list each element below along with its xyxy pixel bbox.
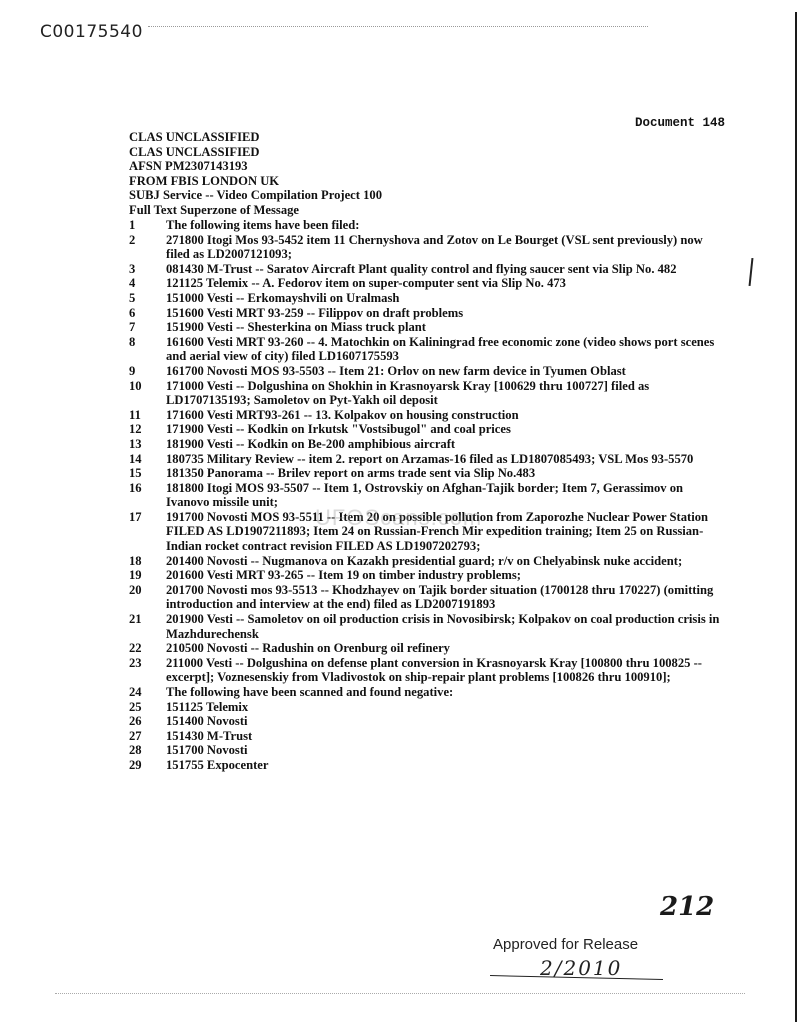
header-full-text: Full Text Superzone of Message: [129, 203, 382, 218]
list-item: 7151900 Vesti -- Shesterkina on Miass tr…: [129, 320, 729, 335]
item-text: 171000 Vesti -- Dolgushina on Shokhin in…: [166, 379, 729, 408]
item-text: 151900 Vesti -- Shesterkina on Miass tru…: [166, 320, 729, 335]
list-item: 9161700 Novosti MOS 93-5503 -- Item 21: …: [129, 364, 729, 379]
item-text: 161700 Novosti MOS 93-5503 -- Item 21: O…: [166, 364, 729, 379]
list-item: 18201400 Novosti -- Nugmanova on Kazakh …: [129, 554, 729, 569]
header-classification-2: CLAS UNCLASSIFIED: [129, 145, 382, 160]
page-right-edge: [795, 12, 797, 1022]
list-item: 14180735 Military Review -- item 2. repo…: [129, 452, 729, 467]
item-number: 9: [129, 364, 166, 379]
item-text: 201600 Vesti MRT 93-265 -- Item 19 on ti…: [166, 568, 729, 583]
item-text: 151125 Telemix: [166, 700, 729, 715]
header-from: FROM FBIS LONDON UK: [129, 174, 382, 189]
list-item: 25151125 Telemix: [129, 700, 729, 715]
item-number: 20: [129, 583, 166, 612]
document-number: Document 148: [635, 116, 725, 130]
item-number: 16: [129, 481, 166, 510]
list-item: 21201900 Vesti -- Samoletov on oil produ…: [129, 612, 729, 641]
item-number: 11: [129, 408, 166, 423]
list-item: 29151755 Expocenter: [129, 758, 729, 773]
item-number: 25: [129, 700, 166, 715]
item-text: 121125 Telemix -- A. Fedorov item on sup…: [166, 276, 729, 291]
list-item: 10171000 Vesti -- Dolgushina on Shokhin …: [129, 379, 729, 408]
list-item: 23211000 Vesti -- Dolgushina on defense …: [129, 656, 729, 685]
item-text: 151755 Expocenter: [166, 758, 729, 773]
item-number: 6: [129, 306, 166, 321]
list-item: 20201700 Novosti mos 93-5513 -- Khodzhay…: [129, 583, 729, 612]
item-number: 3: [129, 262, 166, 277]
list-item: 6151600 Vesti MRT 93-259 -- Filippov on …: [129, 306, 729, 321]
item-number: 22: [129, 641, 166, 656]
header-classification-1: CLAS UNCLASSIFIED: [129, 130, 382, 145]
list-item: 15181350 Panorama -- Brilev report on ar…: [129, 466, 729, 481]
list-item: 28151700 Novosti: [129, 743, 729, 758]
item-number: 14: [129, 452, 166, 467]
list-item: 5151000 Vesti -- Erkomayshvili on Uralma…: [129, 291, 729, 306]
list-item: 13181900 Vesti -- Kodkin on Be-200 amphi…: [129, 437, 729, 452]
item-text: 151000 Vesti -- Erkomayshvili on Uralmas…: [166, 291, 729, 306]
list-item: 2271800 Itogi Mos 93-5452 item 11 Cherny…: [129, 233, 729, 262]
item-number: 26: [129, 714, 166, 729]
list-item: 26151400 Novosti: [129, 714, 729, 729]
item-text: 180735 Military Review -- item 2. report…: [166, 452, 729, 467]
item-text: 151430 M-Trust: [166, 729, 729, 744]
message-header: CLAS UNCLASSIFIED CLAS UNCLASSIFIED AFSN…: [129, 130, 382, 218]
list-item: 3081430 M-Trust -- Saratov Aircraft Plan…: [129, 262, 729, 277]
release-stamp-label: Approved for Release: [493, 936, 638, 953]
item-number: 12: [129, 422, 166, 437]
page-top-edge: [148, 26, 648, 27]
list-item: 19201600 Vesti MRT 93-265 -- Item 19 on …: [129, 568, 729, 583]
document-id-stamp: C00175540: [40, 22, 143, 42]
list-item: 1The following items have been filed:: [129, 218, 729, 233]
item-number: 2: [129, 233, 166, 262]
list-item: 11171600 Vesti MRT93-261 -- 13. Kolpakov…: [129, 408, 729, 423]
item-text: The following have been scanned and foun…: [166, 685, 729, 700]
item-number: 4: [129, 276, 166, 291]
item-number: 23: [129, 656, 166, 685]
item-text: 171600 Vesti MRT93-261 -- 13. Kolpakov o…: [166, 408, 729, 423]
item-number: 24: [129, 685, 166, 700]
header-subject: SUBJ Service -- Video Compilation Projec…: [129, 188, 382, 203]
item-text: 161600 Vesti MRT 93-260 -- 4. Matochkin …: [166, 335, 729, 364]
item-number: 28: [129, 743, 166, 758]
item-number: 27: [129, 729, 166, 744]
item-number: 8: [129, 335, 166, 364]
list-item: 27151430 M-Trust: [129, 729, 729, 744]
item-number: 17: [129, 510, 166, 554]
item-text: 181350 Panorama -- Brilev report on arms…: [166, 466, 729, 481]
item-text: 171900 Vesti -- Kodkin on Irkutsk "Vosts…: [166, 422, 729, 437]
list-item: 4121125 Telemix -- A. Fedorov item on su…: [129, 276, 729, 291]
list-item: 22210500 Novosti -- Radushin on Orenburg…: [129, 641, 729, 656]
item-number: 29: [129, 758, 166, 773]
list-item: 8161600 Vesti MRT 93-260 -- 4. Matochkin…: [129, 335, 729, 364]
item-number: 5: [129, 291, 166, 306]
list-item: 12171900 Vesti -- Kodkin on Irkutsk "Vos…: [129, 422, 729, 437]
item-text: 181900 Vesti -- Kodkin on Be-200 amphibi…: [166, 437, 729, 452]
item-number: 7: [129, 320, 166, 335]
scan-artifact-line: [55, 993, 745, 994]
item-text: 271800 Itogi Mos 93-5452 item 11 Chernys…: [166, 233, 729, 262]
header-afsn: AFSN PM2307143193: [129, 159, 382, 174]
handwritten-page-number: 212: [660, 892, 714, 922]
item-text: 201400 Novosti -- Nugmanova on Kazakh pr…: [166, 554, 729, 569]
item-number: 13: [129, 437, 166, 452]
list-item: 24The following have been scanned and fo…: [129, 685, 729, 700]
item-number: 18: [129, 554, 166, 569]
item-text: 151700 Novosti: [166, 743, 729, 758]
item-number: 21: [129, 612, 166, 641]
item-number: 1: [129, 218, 166, 233]
item-text: 081430 M-Trust -- Saratov Aircraft Plant…: [166, 262, 729, 277]
watermark: UFOScans.com: [315, 505, 482, 531]
item-number: 10: [129, 379, 166, 408]
handwritten-margin-mark: [749, 258, 754, 286]
item-number: 19: [129, 568, 166, 583]
item-text: 201700 Novosti mos 93-5513 -- Khodzhayev…: [166, 583, 729, 612]
item-text: 211000 Vesti -- Dolgushina on defense pl…: [166, 656, 729, 685]
item-text: 151400 Novosti: [166, 714, 729, 729]
item-text: The following items have been filed:: [166, 218, 729, 233]
item-text: 151600 Vesti MRT 93-259 -- Filippov on d…: [166, 306, 729, 321]
item-list: 1The following items have been filed: 22…: [129, 218, 729, 773]
item-number: 15: [129, 466, 166, 481]
item-text: 210500 Novosti -- Radushin on Orenburg o…: [166, 641, 729, 656]
item-text: 201900 Vesti -- Samoletov on oil product…: [166, 612, 729, 641]
